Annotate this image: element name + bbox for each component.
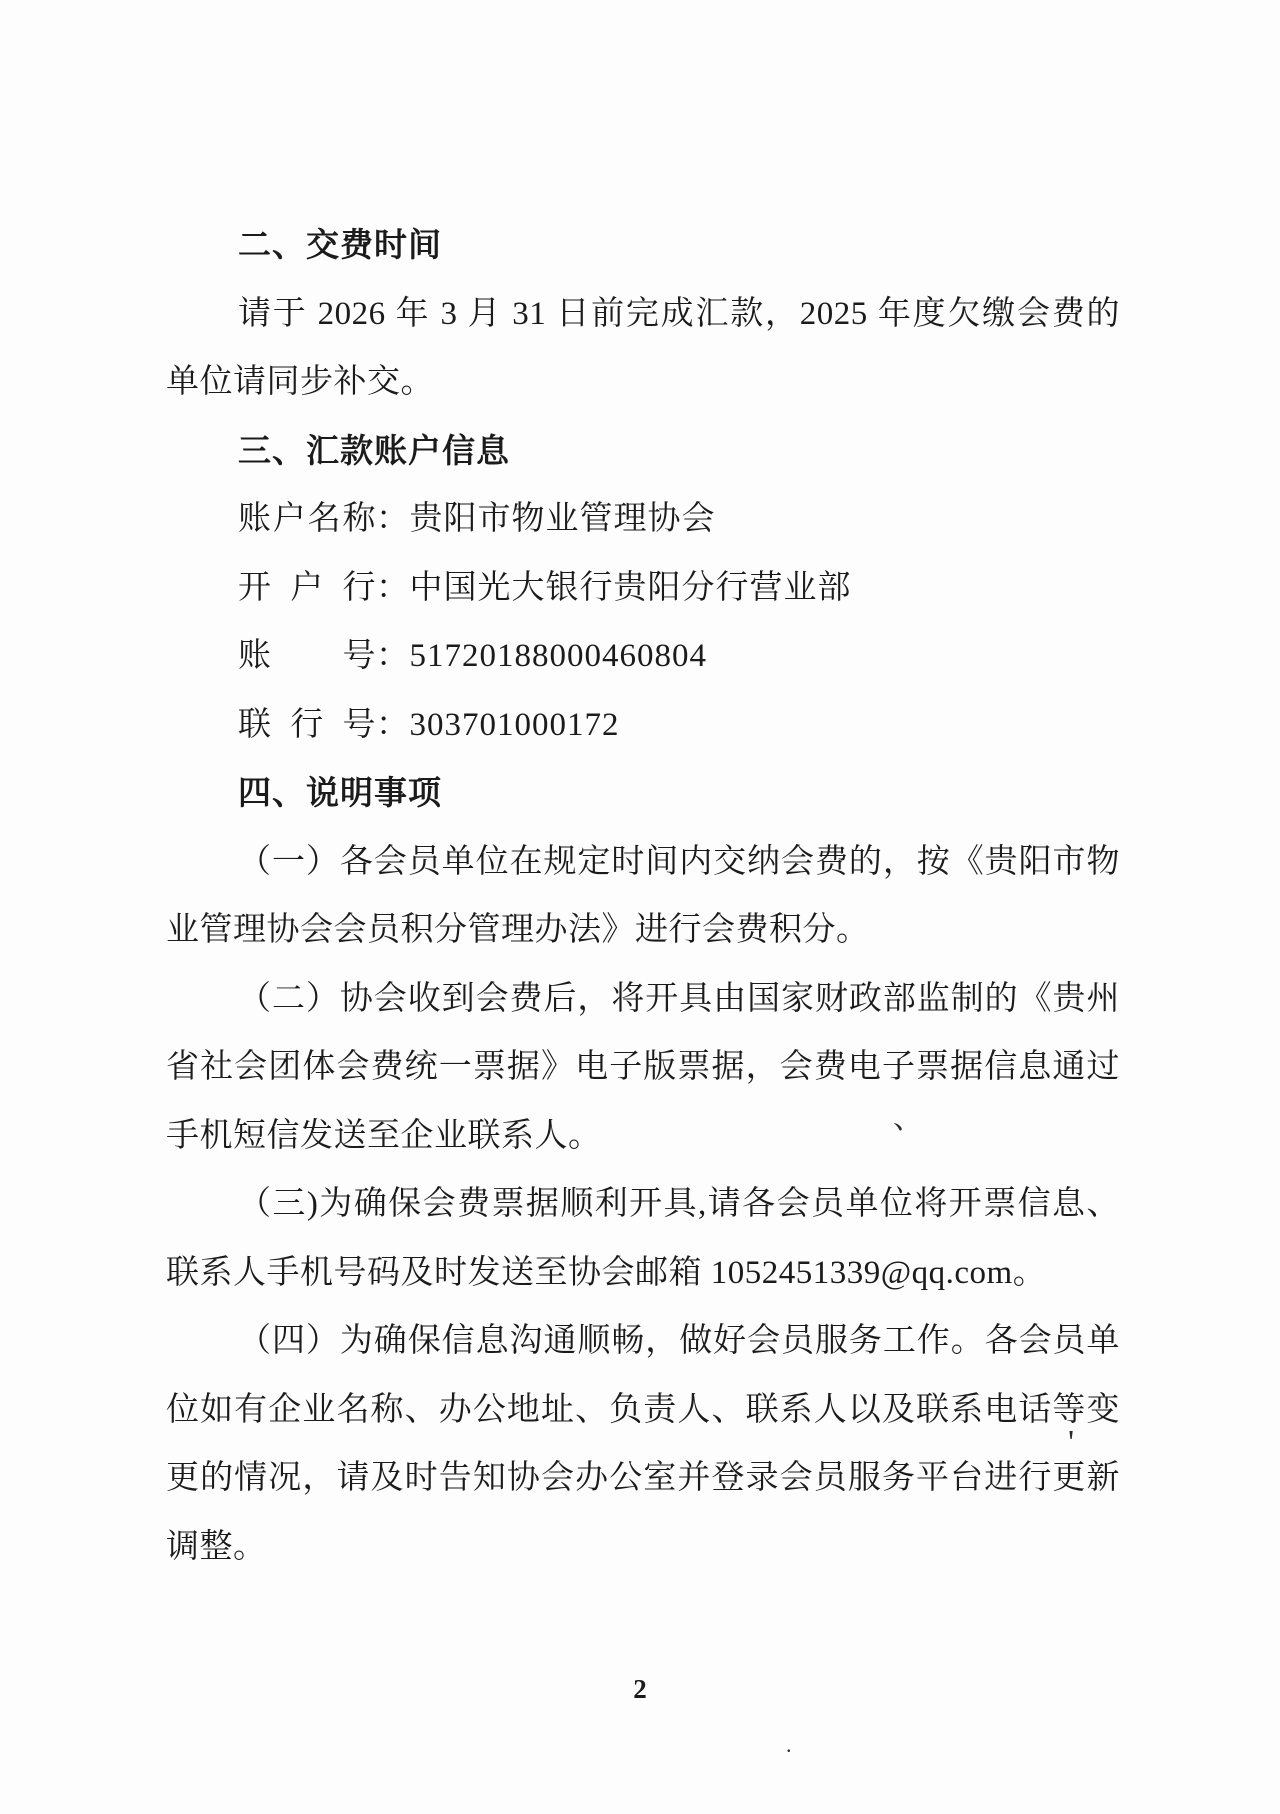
bank-branch-row: 开户行：中国光大银行贵阳分行营业部 <box>166 554 1120 623</box>
bank-branch-value: 中国光大银行贵阳分行营业部 <box>410 570 852 606</box>
bank-code-row: 联行号：303701000172 <box>166 691 1120 760</box>
account-number-row: 账号：51720188000460804 <box>166 622 1120 691</box>
scan-artifact-tick: 、 <box>893 1093 923 1137</box>
note2-line3: 手机短信发送至企业联系人。 <box>166 1102 1120 1171</box>
note1-line2: 业管理协会会员积分管理办法》进行会费积分。 <box>166 896 1120 965</box>
bank-code-label: 联行号 <box>238 691 376 760</box>
account-name-row: 账户名称：贵阳市物业管理协会 <box>166 485 1120 554</box>
note1-line1: （一）各会员单位在规定时间内交纳会费的，按《贵阳市物 <box>166 828 1120 897</box>
note4-line4: 调整。 <box>166 1513 1120 1582</box>
account-name-label: 账户名称 <box>238 485 376 554</box>
scan-artifact-apostrophe: ' <box>1068 1424 1074 1462</box>
bank-branch-label: 开户行 <box>238 554 376 623</box>
note4-line2: 位如有企业名称、办公地址、负责人、联系人以及联系电话等变 <box>166 1376 1120 1445</box>
payment-deadline-continuation: 单位请同步补交。 <box>166 348 1120 417</box>
section4-heading: 四、说明事项 <box>166 759 1120 828</box>
section2-heading: 二、交费时间 <box>166 211 1120 280</box>
payment-deadline-line: 请于 2026 年 3 月 31 日前完成汇款，2025 年度欠缴会费的 <box>166 280 1120 349</box>
account-number-label: 账号 <box>238 622 376 691</box>
colon: ： <box>376 638 410 674</box>
note2-line1: （二）协会收到会费后，将开具由国家财政部监制的《贵州 <box>166 965 1120 1034</box>
note3-line2: 联系人手机号码及时发送至协会邮箱 1052451339@qq.com。 <box>166 1239 1120 1308</box>
note4-line3: 更的情况，请及时告知协会办公室并登录会员服务平台进行更新 <box>166 1444 1120 1513</box>
section3-heading: 三、汇款账户信息 <box>166 417 1120 486</box>
note2-line2: 省社会团体会费统一票据》电子版票据，会费电子票据信息通过 <box>166 1033 1120 1102</box>
document-body: 二、交费时间 请于 2026 年 3 月 31 日前完成汇款，2025 年度欠缴… <box>166 211 1120 1581</box>
colon: ： <box>376 707 410 743</box>
note4-line1: （四）为确保信息沟通顺畅，做好会员服务工作。各会员单 <box>166 1307 1120 1376</box>
note3-line1: （三)为确保会费票据顺利开具,请各会员单位将开票信息、 <box>166 1170 1120 1239</box>
bank-code-value: 303701000172 <box>410 707 620 743</box>
account-name-value: 贵阳市物业管理协会 <box>410 501 716 537</box>
account-number-value: 51720188000460804 <box>410 638 708 674</box>
page-number: 2 <box>0 1674 1280 1705</box>
document-page: 二、交费时间 请于 2026 年 3 月 31 日前完成汇款，2025 年度欠缴… <box>0 0 1280 1814</box>
colon: ： <box>376 570 410 606</box>
colon: ： <box>376 501 410 537</box>
scan-artifact-dot: . <box>786 1732 792 1758</box>
